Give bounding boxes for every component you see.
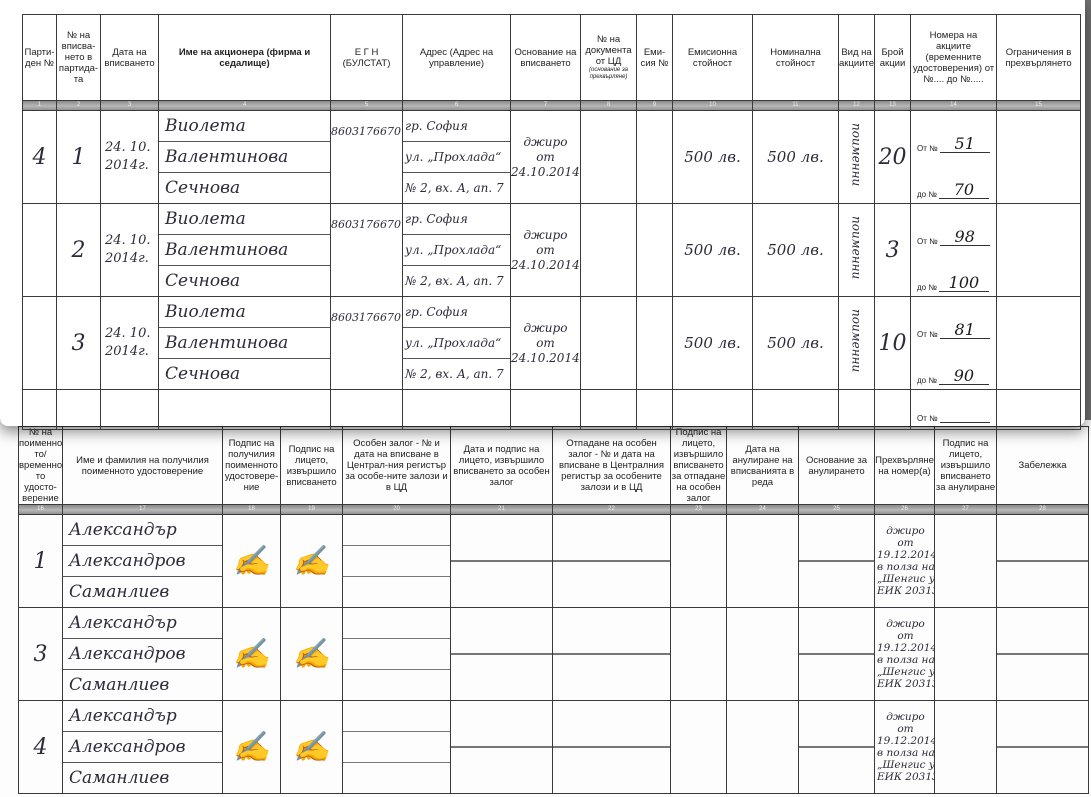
share-type-cell: поименни <box>839 297 875 390</box>
nominal-value: 500 лв. <box>767 148 823 166</box>
pledge-cell <box>343 701 451 794</box>
col-number: 13 <box>875 101 911 111</box>
header-row: № на поименно-то/ временно-то удосто-вер… <box>19 427 1089 505</box>
egn-value: 8603176670 <box>331 125 401 138</box>
basis-line: от <box>536 336 555 350</box>
certificate-no: 3 <box>34 642 48 667</box>
share-count-cell: 20 <box>875 111 911 204</box>
date-line: 2014г. <box>105 158 149 173</box>
registrar-signature-cell: ✍ <box>281 608 343 701</box>
certificate-no-cell: 4 <box>19 701 63 794</box>
party-no-cell: 4 <box>23 111 57 204</box>
table-row: 224. 10.2014г.ВиолетаВалентиноваСечнова8… <box>23 204 1081 297</box>
note-cell <box>997 701 1089 794</box>
header-annulment-date: Дата на анулиране на вписванията в реда <box>727 427 799 505</box>
share-numbers-cell: От №51до №70 <box>911 111 997 204</box>
transfer-line: от <box>877 723 934 735</box>
pledge-release-cell <box>553 608 671 701</box>
col-number: 4 <box>159 101 331 111</box>
header-share-numbers: Номера на акциите (временните удостовере… <box>911 15 997 101</box>
header-annulment-signature: Подпис на лицето, извършило вписването з… <box>935 427 997 505</box>
registrar-signature: ✍ <box>293 730 330 765</box>
emission-no-cell <box>637 111 673 204</box>
emission-value: 500 лв. <box>684 241 740 259</box>
header-transfer: Прехвърляне на номер(а) <box>875 427 935 505</box>
header-entry-no: № на вписва-нето в партида-та <box>57 15 101 101</box>
entry-no-cell: 1 <box>57 111 101 204</box>
recipient-name-cell: АлександърАлександровСаманлиев <box>63 608 223 701</box>
empty-cell <box>997 390 1081 430</box>
header-shareholder-name: Име на акционера (фирма и седалище) <box>159 15 331 101</box>
transfer-line: 19.12.2014г. <box>877 549 934 561</box>
note-cell <box>997 608 1089 701</box>
header-note: Забележка <box>997 427 1089 505</box>
empty-cell <box>581 390 637 430</box>
recipient-signature-cell: ✍ <box>223 608 281 701</box>
nominal-value-cell: 500 лв. <box>753 111 839 204</box>
col-number: 19 <box>281 505 343 515</box>
address-line: гр. София <box>403 204 510 235</box>
col-number: 18 <box>223 505 281 515</box>
basis-line: джиро <box>524 321 568 335</box>
col-number: 7 <box>511 101 581 111</box>
col-number: 28 <box>997 505 1089 515</box>
annulment-signature-cell <box>935 608 997 701</box>
header-nominal-value: Номинална стойност <box>753 15 839 101</box>
transfer-line: ЕИК 203135279 <box>877 771 934 783</box>
pledge-signature-cell <box>451 515 553 608</box>
empty-cell <box>331 390 403 430</box>
date-line: 2014г. <box>105 251 149 266</box>
table-row: 4АлександърАлександровСаманлиев✍✍джироот… <box>19 701 1089 794</box>
transfer-line: джиро <box>877 525 934 537</box>
col-number: 1 <box>23 101 57 111</box>
name-line: Александров <box>63 732 222 763</box>
transfer-line: в полза на <box>877 561 934 573</box>
empty-cell <box>159 390 331 430</box>
table-row: 3АлександърАлександровСаманлиев✍✍джироот… <box>19 608 1089 701</box>
col-number: 9 <box>637 101 673 111</box>
restrictions-cell <box>997 111 1081 204</box>
basis-cell: джироот24.10.2014г. <box>511 297 581 390</box>
empty-cell <box>875 390 911 430</box>
share-count-cell: 3 <box>875 204 911 297</box>
share-type-cell: поименни <box>839 204 875 297</box>
certificate-no-cell: 1 <box>19 515 63 608</box>
basis-line: от <box>536 150 555 164</box>
basis-cell: джироот24.10.2014г. <box>511 111 581 204</box>
share-type: поименни <box>850 216 864 279</box>
to-label: до № <box>917 190 937 199</box>
egn-cell: 8603176670 <box>331 297 403 390</box>
entry-no-cell: 3 <box>57 297 101 390</box>
name-line: Виолета <box>159 204 330 235</box>
transfer-line: в полза на <box>877 654 934 666</box>
name-line: Сечнова <box>159 173 330 203</box>
empty-cell <box>511 390 581 430</box>
empty-cell <box>673 390 753 430</box>
name-line: Саманлиев <box>63 763 222 793</box>
certificate-table: № на поименно-то/ временно-то удосто-вер… <box>18 426 1089 794</box>
entry-date-cell: 24. 10.2014г. <box>101 297 159 390</box>
col-number: 10 <box>673 101 753 111</box>
col-number: 27 <box>935 505 997 515</box>
name-line: Саманлиев <box>63 670 222 700</box>
col-number: 8 <box>581 101 637 111</box>
name-line: Валентинова <box>159 235 330 266</box>
registrar-signature: ✍ <box>293 637 330 672</box>
doc-no-cell <box>581 204 637 297</box>
header-party-no: Парти-ден № <box>23 15 57 101</box>
header-pledge: Особен залог - № и дата на вписване в Це… <box>343 427 451 505</box>
empty-cell <box>839 390 875 430</box>
share-type-cell: поименни <box>839 111 875 204</box>
to-number: 70 <box>939 182 989 199</box>
share-type: поименни <box>850 123 864 186</box>
address-line: № 2, вх. А, ап. 7 <box>403 173 510 203</box>
from-number: 51 <box>940 136 990 153</box>
restrictions-cell <box>997 297 1081 390</box>
header-registrar-signature: Подпис на лицето, извършило вписването <box>281 427 343 505</box>
col-number: 6 <box>403 101 511 111</box>
emission-no-cell <box>637 204 673 297</box>
certificate-no: 1 <box>34 549 48 574</box>
name-line: Валентинова <box>159 142 330 173</box>
share-type: поименни <box>850 309 864 372</box>
transfer-line: от <box>877 537 934 549</box>
emission-value-cell: 500 лв. <box>673 297 753 390</box>
col-number: 22 <box>553 505 671 515</box>
header-recipient-name: Име и фамилия на получилия поименното уд… <box>63 427 223 505</box>
col-number: 11 <box>753 101 839 111</box>
transfer-cell: джироот19.12.2014г.в полза на„Шенгис уро… <box>875 608 935 701</box>
party-no-cell <box>23 297 57 390</box>
entry-no-cell: 2 <box>57 204 101 297</box>
to-number: 100 <box>939 275 989 292</box>
empty-cell <box>23 390 57 430</box>
transfer-line: ЕИК 203135279 <box>877 678 934 690</box>
egn-cell: 8603176670 <box>331 111 403 204</box>
shareholder-name-cell: ВиолетаВалентиноваСечнова <box>159 297 331 390</box>
name-line: Александър <box>63 608 222 639</box>
annulment-basis-cell <box>799 515 875 608</box>
date-line: 24. 10. <box>105 233 150 248</box>
transfer-line: джиро <box>877 711 934 723</box>
entry-no: 3 <box>72 331 86 356</box>
transfer-cell: джироот19.12.2014г.в полза на„Шенгис уро… <box>875 515 935 608</box>
pledge-release-cell <box>553 701 671 794</box>
from-label: От № <box>917 330 938 339</box>
col-number: 16 <box>19 505 63 515</box>
entry-no: 1 <box>72 145 86 170</box>
egn-value: 8603176670 <box>331 311 401 324</box>
egn-value: 8603176670 <box>331 218 401 231</box>
col-number: 3 <box>101 101 159 111</box>
transfer-line: джиро <box>877 618 934 630</box>
col-number: 24 <box>727 505 799 515</box>
annulment-signature-cell <box>935 515 997 608</box>
date-line: 2014г. <box>105 344 149 359</box>
basis-line: 24.10.2014г. <box>511 258 581 272</box>
name-line: Саманлиев <box>63 577 222 607</box>
basis-cell: джироот24.10.2014г. <box>511 204 581 297</box>
to-label: до № <box>917 283 937 292</box>
header-doc-no: № на документа от ЦД(основание за прехвъ… <box>581 15 637 101</box>
header-cert-no: № на поименно-то/ временно-то удосто-вер… <box>19 427 63 505</box>
header-share-type: Вид на акциите <box>839 15 875 101</box>
certificate-no: 4 <box>34 735 48 760</box>
egn-cell: 8603176670 <box>331 204 403 297</box>
basis-line: 24.10.2014г. <box>511 351 581 365</box>
recipient-signature-cell: ✍ <box>223 701 281 794</box>
header-emission-no: Еми-сия № <box>637 15 673 101</box>
share-numbers-cell: От №81до №90 <box>911 297 997 390</box>
col-number: 14 <box>911 101 997 111</box>
address-line: ул. „Прохлада“ <box>403 235 510 266</box>
pledge-release-cell <box>553 515 671 608</box>
header-pledge-release-signature: Подпис на лицето, извършило вписването з… <box>671 427 727 505</box>
col-number: 17 <box>63 505 223 515</box>
col-number: 20 <box>343 505 451 515</box>
transfer-line: „Шенгис урон“ ЕООД <box>877 573 934 585</box>
shareholder-name-cell: ВиолетаВалентиноваСечнова <box>159 204 331 297</box>
header-doc-no-text: № на документа от ЦД <box>585 34 631 67</box>
note-cell <box>997 515 1089 608</box>
annulment-date-cell <box>727 701 799 794</box>
registrar-signature-cell: ✍ <box>281 515 343 608</box>
nominal-value: 500 лв. <box>767 334 823 352</box>
recipient-signature: ✍ <box>233 544 270 579</box>
pledge-release-signature-cell <box>671 701 727 794</box>
name-line: Сечнова <box>159 359 330 389</box>
name-line: Валентинова <box>159 328 330 359</box>
empty-cell <box>403 390 511 430</box>
nominal-value-cell: 500 лв. <box>753 204 839 297</box>
empty-table-row: От № <box>23 390 1081 430</box>
pledge-signature-cell <box>451 701 553 794</box>
col-number: 26 <box>875 505 935 515</box>
name-line: Сечнова <box>159 266 330 296</box>
recipient-name-cell: АлександърАлександровСаманлиев <box>63 515 223 608</box>
from-number: 98 <box>940 229 990 246</box>
doc-no-cell <box>581 297 637 390</box>
address-cell: гр. Софияул. „Прохлада“№ 2, вх. А, ап. 7 <box>403 297 511 390</box>
header-entry-date: Дата на вписването <box>101 15 159 101</box>
to-number: 90 <box>939 368 989 385</box>
transfer-line: 19.12.2014г. <box>877 642 934 654</box>
transfer-line: от <box>877 630 934 642</box>
col-number: 25 <box>799 505 875 515</box>
pledge-release-signature-cell <box>671 608 727 701</box>
empty-cell <box>101 390 159 430</box>
col-number: 21 <box>451 505 553 515</box>
table-row: 324. 10.2014г.ВиолетаВалентиноваСечнова8… <box>23 297 1081 390</box>
name-line: Виолета <box>159 297 330 328</box>
entry-date-cell: 24. 10.2014г. <box>101 111 159 204</box>
recipient-name-cell: АлександърАлександровСаманлиев <box>63 701 223 794</box>
shareholder-table: Парти-ден № № на вписва-нето в партида-т… <box>22 14 1081 430</box>
emission-value: 500 лв. <box>684 334 740 352</box>
column-number-row: 16 17 18 19 20 21 22 23 24 25 26 27 28 <box>19 505 1089 515</box>
entry-no: 2 <box>72 238 86 263</box>
name-line: Александър <box>63 515 222 546</box>
header-transfer-restrictions: Ограничения в прехвърлянето <box>997 15 1081 101</box>
doc-no-cell <box>581 111 637 204</box>
share-numbers-cell: От № <box>911 390 997 430</box>
header-pledge-release: Отпадане на особен залог - № и дата на в… <box>553 427 671 505</box>
recipient-signature: ✍ <box>233 730 270 765</box>
col-number: 2 <box>57 101 101 111</box>
party-no-cell <box>23 204 57 297</box>
header-basis: Основание на вписването <box>511 15 581 101</box>
address-line: гр. София <box>403 111 510 142</box>
shareholder-name-cell: ВиолетаВалентиноваСечнова <box>159 111 331 204</box>
transfer-cell: джироот19.12.2014г.в полза на„Шенгис уро… <box>875 701 935 794</box>
transfer-line: ЕИК 203135279 <box>877 585 934 597</box>
basis-line: от <box>536 243 555 257</box>
emission-value-cell: 500 лв. <box>673 111 753 204</box>
col-number: 23 <box>671 505 727 515</box>
table-row: 4124. 10.2014г.ВиолетаВалентиноваСечнова… <box>23 111 1081 204</box>
register-sheet-page-2: № на поименно-то/ временно-то удосто-вер… <box>0 420 1091 797</box>
date-line: 24. 10. <box>105 140 150 155</box>
address-line: ул. „Прохлада“ <box>403 142 510 173</box>
address-line: № 2, вх. А, ап. 7 <box>403 266 510 296</box>
name-line: Александър <box>63 701 222 732</box>
entry-date-cell: 24. 10.2014г. <box>101 204 159 297</box>
annulment-basis-cell <box>799 608 875 701</box>
registrar-signature: ✍ <box>293 544 330 579</box>
restrictions-cell <box>997 204 1081 297</box>
register-sheet-page-1: Парти-ден № № на вписва-нето в партида-т… <box>0 0 1085 426</box>
transfer-line: „Шенгис урон“ ЕООД <box>877 759 934 771</box>
annulment-signature-cell <box>935 701 997 794</box>
header-pledge-signature: Дата и подпис на лицето, извършило вписв… <box>451 427 553 505</box>
address-cell: гр. Софияул. „Прохлада“№ 2, вх. А, ап. 7 <box>403 204 511 297</box>
header-address: Адрес (Адрес на управление) <box>403 15 511 101</box>
recipient-signature-cell: ✍ <box>223 515 281 608</box>
share-count-cell: 10 <box>875 297 911 390</box>
from-label: От № <box>917 414 938 423</box>
date-line: 24. 10. <box>105 326 150 341</box>
address-line: ул. „Прохлада“ <box>403 328 510 359</box>
pledge-release-signature-cell <box>671 515 727 608</box>
header-row: Парти-ден № № на вписва-нето в партида-т… <box>23 15 1081 101</box>
empty-cell <box>57 390 101 430</box>
col-number: 5 <box>331 101 403 111</box>
pledge-cell <box>343 608 451 701</box>
share-numbers-cell: От №98до №100 <box>911 204 997 297</box>
emission-value-cell: 500 лв. <box>673 204 753 297</box>
empty-cell <box>637 390 673 430</box>
from-label: От № <box>917 237 938 246</box>
header-annulment-basis: Основание за анулирането <box>799 427 875 505</box>
name-line: Виолета <box>159 111 330 142</box>
annulment-basis-cell <box>799 701 875 794</box>
annulment-date-cell <box>727 515 799 608</box>
address-cell: гр. Софияул. „Прохлада“№ 2, вх. А, ап. 7 <box>403 111 511 204</box>
column-number-row: 123456789101112131415 <box>23 101 1081 111</box>
share-count: 20 <box>879 145 907 170</box>
nominal-value-cell: 500 лв. <box>753 297 839 390</box>
name-line: Александров <box>63 639 222 670</box>
annulment-date-cell <box>727 608 799 701</box>
emission-value: 500 лв. <box>684 148 740 166</box>
basis-line: джиро <box>524 135 568 149</box>
basis-line: джиро <box>524 228 568 242</box>
name-line: Александров <box>63 546 222 577</box>
header-emission-value: Емисионна стойност <box>673 15 753 101</box>
header-shareholder-name-text: Име на акционера (фирма и седалище) <box>179 47 310 69</box>
pledge-cell <box>343 515 451 608</box>
emission-no-cell <box>637 297 673 390</box>
from-number: 81 <box>940 322 990 339</box>
from-number <box>940 406 990 423</box>
header-egn: Е Г Н (БУЛСТАТ) <box>331 15 403 101</box>
registrar-signature-cell: ✍ <box>281 701 343 794</box>
empty-cell <box>753 390 839 430</box>
from-label: От № <box>917 144 938 153</box>
certificate-no-cell: 3 <box>19 608 63 701</box>
nominal-value: 500 лв. <box>767 241 823 259</box>
header-doc-no-note: (основание за прехвърляне) <box>581 67 636 81</box>
transfer-line: 19.12.2014г. <box>877 735 934 747</box>
recipient-signature: ✍ <box>233 637 270 672</box>
header-share-count: Брой акции <box>875 15 911 101</box>
transfer-line: в полза на <box>877 747 934 759</box>
share-count: 3 <box>886 238 900 263</box>
to-label: до № <box>917 376 937 385</box>
transfer-line: „Шенгис урон“ ЕООД <box>877 666 934 678</box>
basis-line: 24.10.2014г. <box>511 165 581 179</box>
table-row: 1АлександърАлександровСаманлиев✍✍джироот… <box>19 515 1089 608</box>
party-no: 4 <box>33 145 47 170</box>
header-recipient-signature: Подпис на получилия поименното удостовер… <box>223 427 281 505</box>
pledge-signature-cell <box>451 608 553 701</box>
address-line: № 2, вх. А, ап. 7 <box>403 359 510 389</box>
col-number: 15 <box>997 101 1081 111</box>
address-line: гр. София <box>403 297 510 328</box>
share-count: 10 <box>879 331 907 356</box>
col-number: 12 <box>839 101 875 111</box>
